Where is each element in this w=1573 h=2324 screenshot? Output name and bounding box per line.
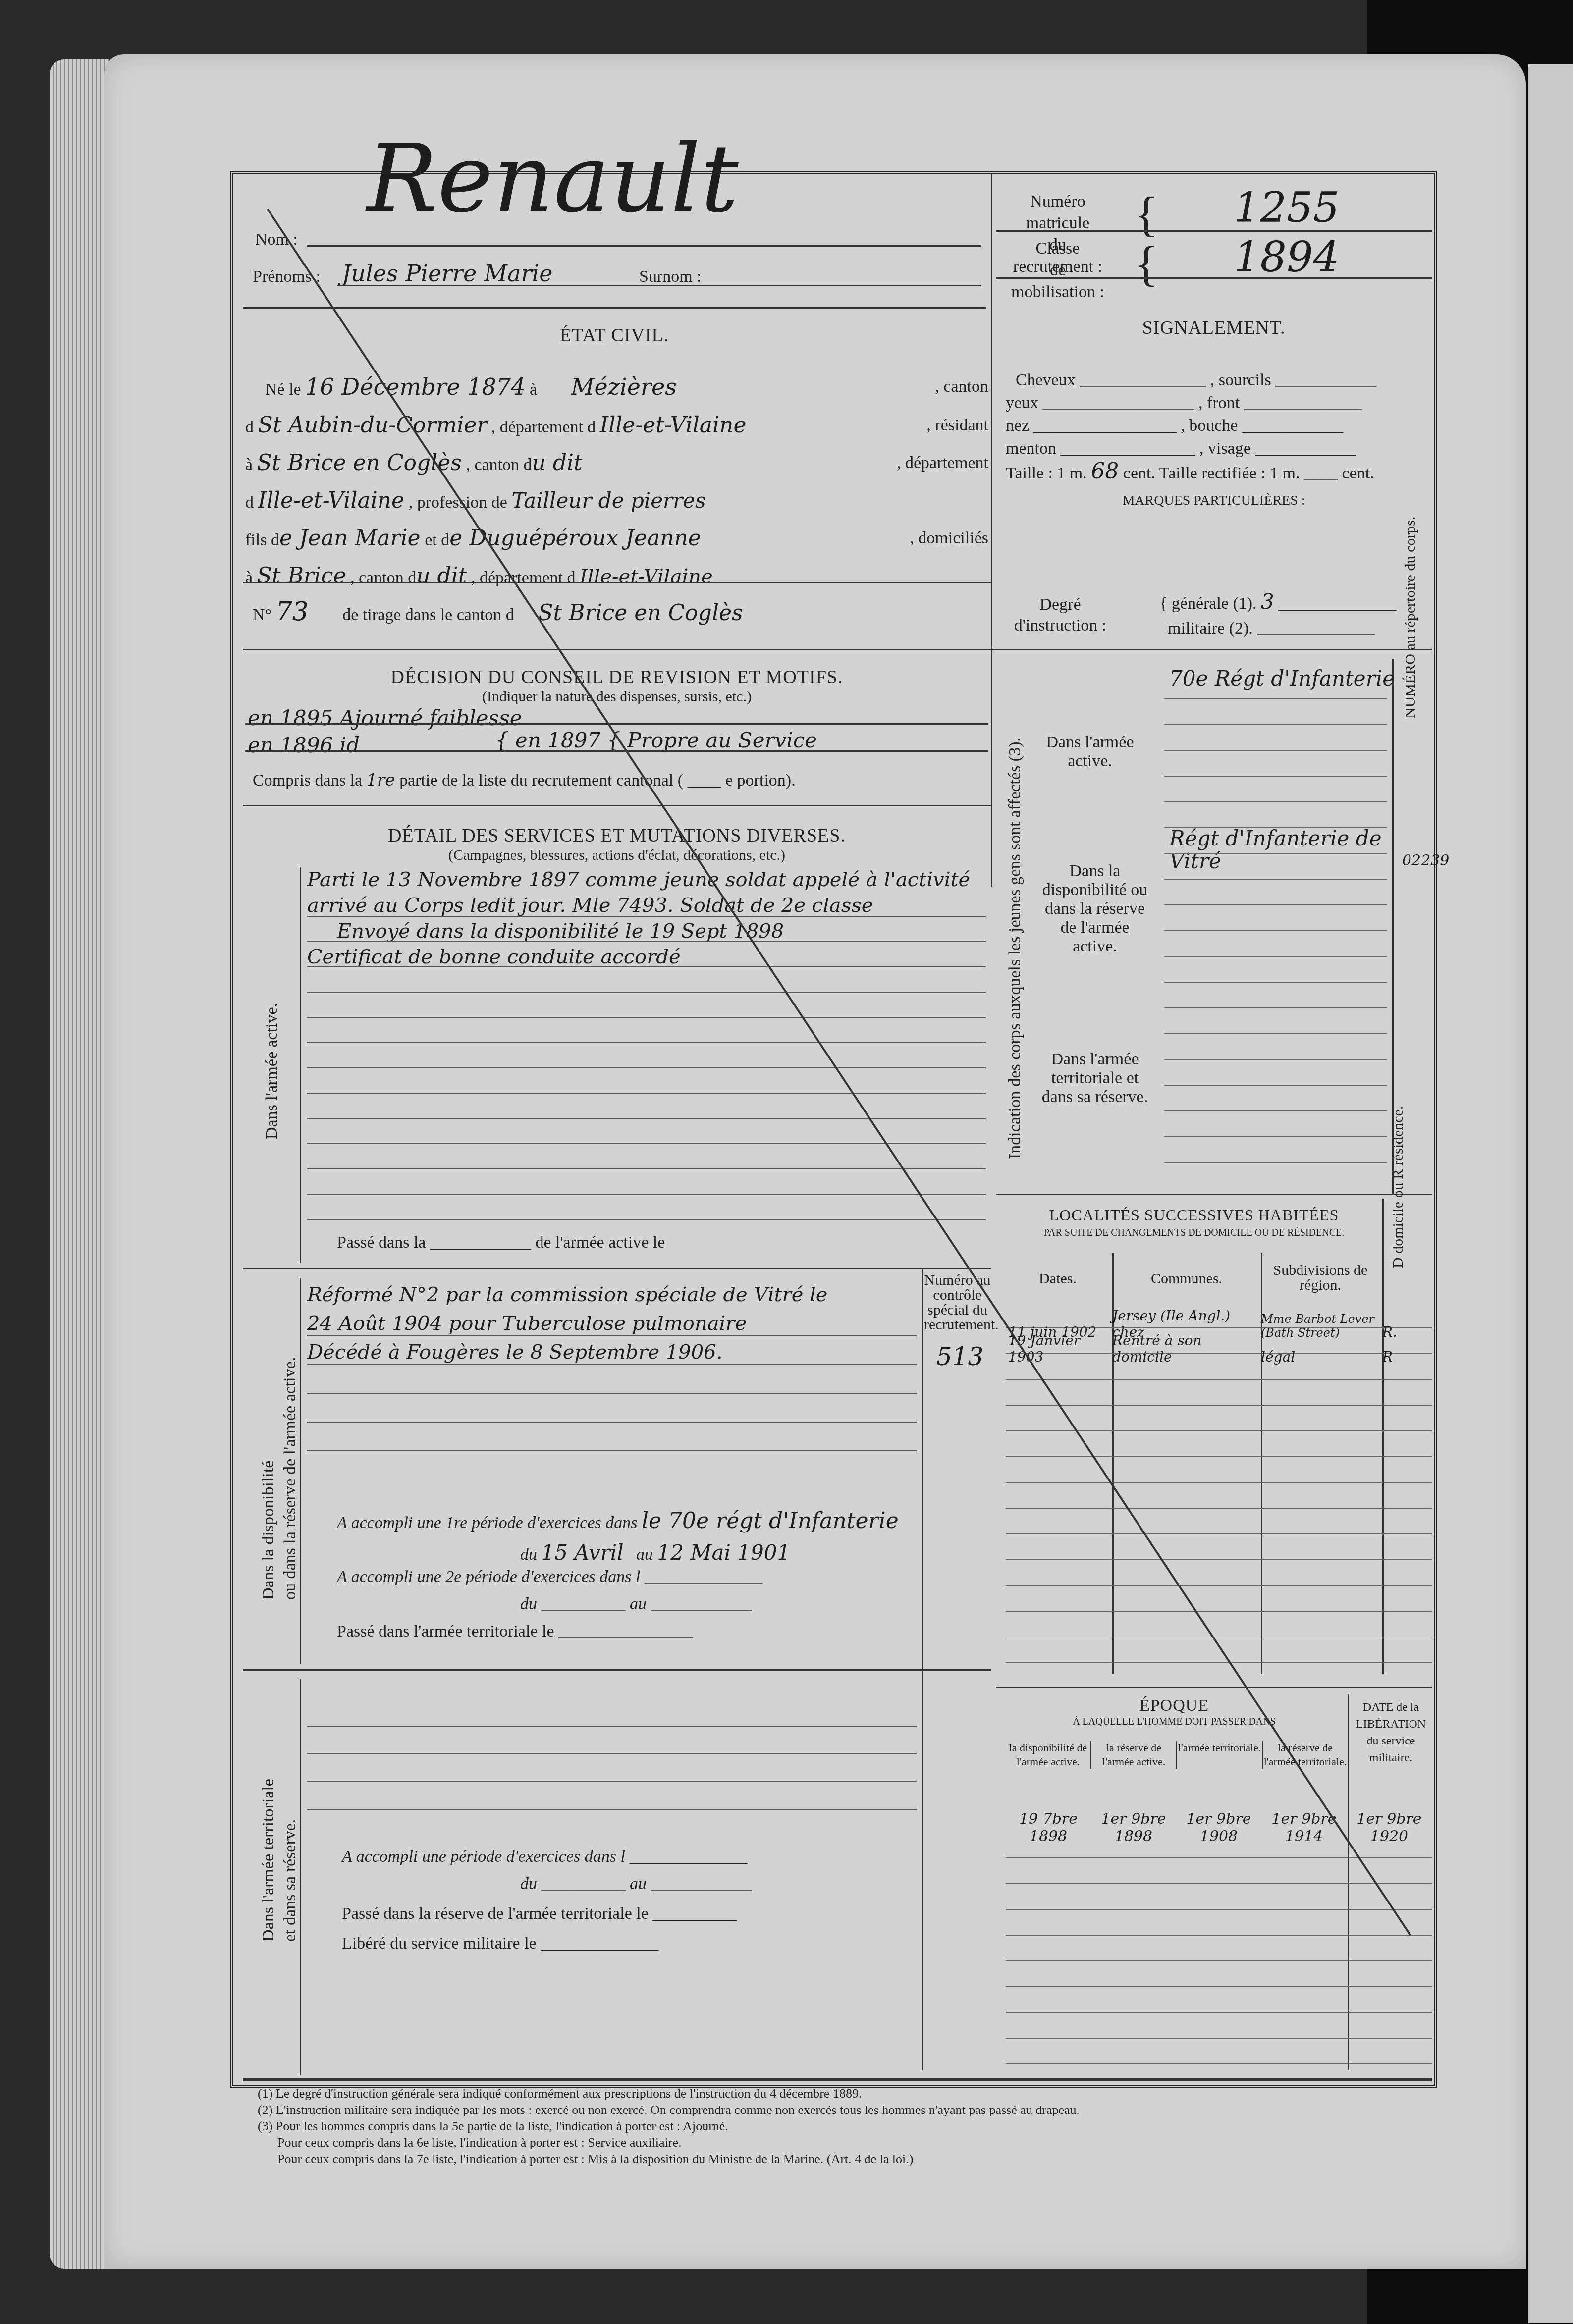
line (245, 723, 988, 725)
conseil-revision-decision: { en 1897 { Propre au Service (495, 728, 817, 752)
tirage-row: N° 73 de tirage dans le canton d St Bric… (253, 597, 743, 627)
brace: { (1135, 186, 1158, 243)
divider (996, 230, 1432, 232)
line (245, 750, 988, 752)
right-column-divider (991, 173, 992, 887)
brace: { (1135, 235, 1158, 292)
conseil-revision-line-2: en 1896 id (248, 733, 360, 757)
numero-controle-value: 513 (936, 1342, 983, 1371)
classe-label: Classede mobilisation : (1011, 238, 1105, 303)
periode-1-row: A accompli une 1re période d'exercices d… (337, 1508, 899, 1533)
passe-reserve-territoriale: Passé dans la réserve de l'armée territo… (342, 1904, 737, 1923)
nom-line (307, 245, 981, 247)
periode-2-row: A accompli une 2e période d'exercices da… (337, 1568, 762, 1586)
libere-service: Libéré du service militaire le _________… (342, 1934, 658, 1953)
divider (996, 277, 1432, 279)
localites-col-communes: Communes. (1115, 1270, 1258, 1287)
etat-civil-title: ÉTAT CIVIL. (243, 324, 986, 346)
corps-section-territoriale-label: Dans l'armée territoriale et dans sa rés… (1040, 1050, 1149, 1107)
instruction-generale-value: 3 (1261, 589, 1274, 614)
footnote-separator (243, 2078, 1432, 2081)
liberation-header: DATE de la LIBÉRATION du service militai… (1350, 1699, 1432, 1766)
divider (922, 1268, 923, 1674)
epoque-subtitle: À LAQUELLE L'HOMME DOIT PASSER DANS (1006, 1716, 1343, 1728)
surnom-label: Surnom : (639, 267, 702, 286)
periode-2-dates: du __________ au ____________ (520, 1595, 752, 1614)
compris-row: Compris dans la 1re partie de la liste d… (253, 770, 796, 790)
services-ruled-lines (307, 892, 986, 1228)
disponibilite-ruled-lines (307, 1308, 917, 1476)
divider (243, 582, 991, 583)
numero-repertoire-header: NUMÉRO au répertoire du corps. (1402, 517, 1419, 718)
disponibilite-side-label: Dans la disponibilitéou dans la réserve … (258, 1357, 301, 1600)
territoriale-periode: A accompli une période d'exercices dans … (342, 1848, 747, 1866)
localites-row-2: 19 Janvier 1903Rentré à son domicileléga… (1008, 1332, 1434, 1365)
dr-header: D domicile ou R résidence. (1390, 1106, 1407, 1268)
conseil-revision-line-1: en 1895 Ajourné faiblesse (248, 706, 522, 730)
divider (996, 1194, 1432, 1195)
numero-controle-header: Numéro au contrôle spécial du recrutemen… (924, 1273, 991, 1332)
conseil-revision-subtitle: (Indiquer la nature des dispenses, sursi… (243, 688, 991, 705)
brace-line (300, 1679, 301, 2075)
divider (243, 1669, 991, 1671)
marques-particulieres-label: MARQUES PARTICULIÈRES : (996, 493, 1432, 509)
brace-line (300, 867, 301, 1263)
services-title: DÉTAIL DES SERVICES ET MUTATIONS DIVERSE… (243, 825, 991, 846)
prenoms-value: Jules Pierre Marie (342, 260, 552, 287)
signalement-fields: Cheveux _______________ , sourcils _____… (1006, 369, 1432, 485)
conseil-revision-title: DÉCISION DU CONSEIL DE REVISION ET MOTIF… (243, 666, 991, 688)
divider (243, 805, 991, 806)
corps-ruled-lines (1164, 674, 1387, 1179)
corps-section-disponibilite-label: Dans la disponibilité ou dans la réserve… (1040, 862, 1149, 956)
periode-1-dates: du 15 Avril au 12 Mai 1901 (520, 1540, 790, 1565)
adjacent-page-edge (1528, 64, 1573, 2323)
localites-subtitle: PAR SUITE DE CHANGEMENTS DE DOMICILE OU … (1006, 1227, 1382, 1239)
brace-line (300, 1278, 301, 1664)
signalement-title: SIGNALEMENT. (996, 317, 1432, 339)
book-page-edges (50, 59, 109, 2269)
passe-armee-active: Passé dans la ____________ de l'armée ac… (337, 1233, 665, 1252)
passe-territoriale-row: Passé dans l'armée territoriale le _____… (337, 1622, 693, 1641)
territoriale-side-label: Dans l'armée territorialeet dans sa rése… (258, 1779, 301, 1942)
localites-col-subdivisions: Subdivisions de région. (1263, 1263, 1377, 1293)
localites-col-dates: Dates. (1006, 1270, 1110, 1287)
prenoms-line (337, 285, 981, 286)
divider (243, 1268, 991, 1269)
localites-title: LOCALITÉS SUCCESSIVES HABITÉES (1006, 1206, 1382, 1224)
corps-section-disponibilite-numero: 02239 (1402, 852, 1449, 869)
divider (996, 1687, 1432, 1688)
header-separator (243, 307, 986, 309)
prenoms-label: Prénoms : (253, 267, 321, 286)
divider (243, 649, 1432, 650)
territoriale-ruled-lines (307, 1699, 917, 1813)
classe-value: 1894 (1234, 233, 1340, 281)
instruction-label: Degréd'instruction : (1011, 594, 1110, 636)
territoriale-dates: du __________ au ____________ (520, 1875, 752, 1894)
epoque-ruled-lines (1006, 1833, 1432, 2065)
etat-civil-block: Né le 16 Décembre 1874 à Mézières, canto… (245, 369, 988, 596)
instruction-values: { générale (1). 3 ______________ militai… (1159, 589, 1396, 641)
services-side-label: Dans l'armée active. (263, 1003, 281, 1139)
corps-section-active-label: Dans l'armée active. (1040, 733, 1139, 771)
divider (922, 1674, 923, 2070)
corps-affectes-side-label: Indication des corps auxquels les jeunes… (1006, 738, 1025, 1159)
taille-value: 68 (1091, 459, 1119, 484)
epoque-title: ÉPOQUE (1006, 1696, 1343, 1715)
footnotes: (1) Le degré d'instruction générale sera… (258, 2085, 1422, 2167)
numero-matricule-value: 1255 (1234, 183, 1340, 232)
services-subtitle: (Campagnes, blessures, actions d'éclat, … (243, 847, 991, 864)
